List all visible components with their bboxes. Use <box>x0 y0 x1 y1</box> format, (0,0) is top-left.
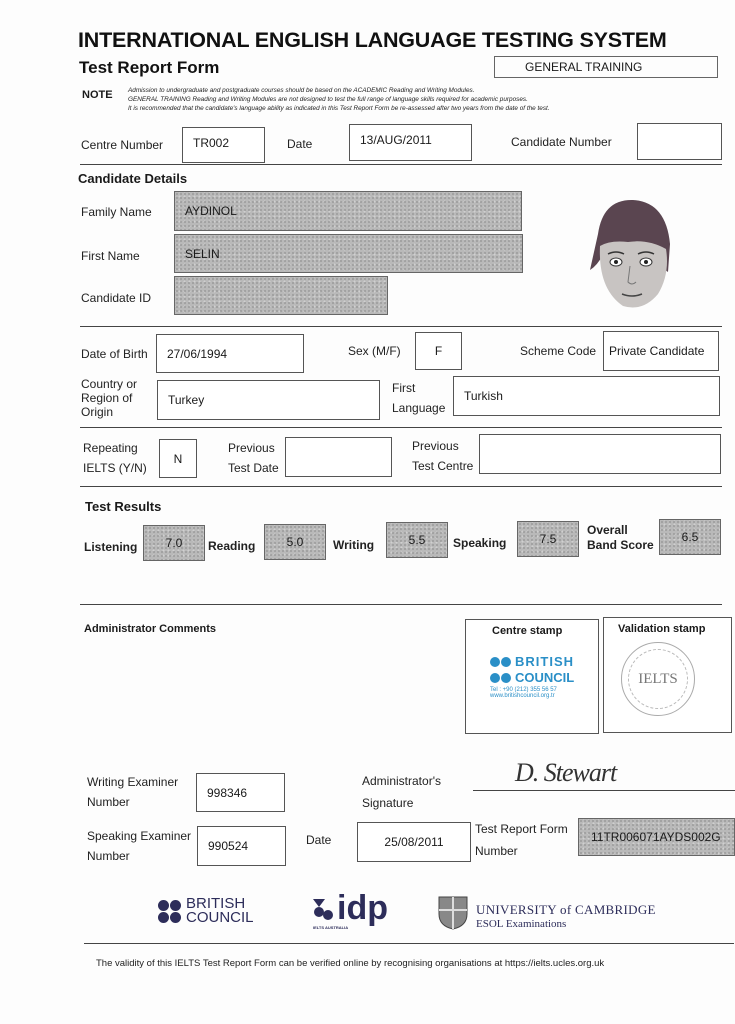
centre-number-label: Centre Number <box>81 136 163 155</box>
repeating-field: N <box>159 439 197 478</box>
divider <box>80 326 722 327</box>
first-name-value: SELIN <box>185 247 220 261</box>
validity-text: The validity of this IELTS Test Report F… <box>96 958 604 969</box>
trf-number-field: 11TR006071AYDS002G <box>578 818 735 856</box>
previous-test-centre-label-line: Previous <box>412 436 473 456</box>
overall-band-score: 6.5 <box>659 519 721 555</box>
family-name-value: AYDINOL <box>185 204 237 218</box>
country-label: Country or Region of Origin <box>81 377 137 419</box>
signature-label-line: Signature <box>362 792 441 814</box>
module-value: GENERAL TRAINING <box>525 60 642 74</box>
stamp-org-line: COUNCIL <box>515 670 574 685</box>
first-language-label: First Language <box>392 378 445 418</box>
dob-value: 27/06/1994 <box>167 347 227 361</box>
validation-stamp-label: Validation stamp <box>618 623 705 635</box>
ielts-seal-icon: IELTS <box>621 642 695 716</box>
date-field: 13/AUG/2011 <box>349 124 472 161</box>
overall-label-line: Band Score <box>587 538 654 553</box>
previous-test-centre-label: Previous Test Centre <box>412 436 473 476</box>
repeating-value: N <box>174 452 183 466</box>
candidate-number-field <box>637 123 722 160</box>
writing-label: Writing <box>333 536 374 555</box>
centre-stamp-box: Centre stamp BRITISH COUNCIL Tel : +90 (… <box>465 619 599 734</box>
dots-icon <box>490 673 511 683</box>
idp-logo-text: idp <box>337 893 388 923</box>
speaking-examiner-value: 990524 <box>208 839 248 853</box>
writing-examiner-field: 998346 <box>196 773 285 812</box>
centre-stamp-label: Centre stamp <box>492 625 562 637</box>
speaking-label: Speaking <box>453 534 506 553</box>
first-language-label-line: First <box>392 378 445 398</box>
sex-label: Sex (M/F) <box>348 342 401 361</box>
previous-test-date-field <box>285 437 392 477</box>
speaking-examiner-label: Speaking Examiner Number <box>87 826 191 866</box>
form-title: INTERNATIONAL ENGLISH LANGUAGE TESTING S… <box>78 28 667 53</box>
note-label: NOTE <box>82 89 113 101</box>
previous-test-centre-label-line: Test Centre <box>412 456 473 476</box>
admin-date-value: 25/08/2011 <box>384 835 443 849</box>
note-line: It is recommended that the candidate's l… <box>128 104 728 113</box>
stamp-web: www.britishcouncil.org.tr <box>490 693 598 699</box>
speaking-examiner-label-line: Speaking Examiner <box>87 826 191 846</box>
country-label-line: Region of <box>81 391 137 405</box>
overall-band-label: Overall Band Score <box>587 523 654 553</box>
cambridge-logo: UNIVERSITY of CAMBRIDGE ESOL Examination… <box>438 896 656 935</box>
repeating-label: Repeating IELTS (Y/N) <box>83 438 147 478</box>
idp-sub: IELTS AUSTRALIA <box>313 925 348 930</box>
stamp-org-line: BRITISH <box>515 654 574 669</box>
trf-number-label: Test Report Form Number <box>475 818 568 862</box>
british-council-logo-line: COUNCIL <box>186 911 254 925</box>
divider <box>84 943 734 944</box>
family-name-field: AYDINOL <box>174 191 522 231</box>
test-results-title: Test Results <box>85 499 161 514</box>
previous-test-date-label-line: Previous <box>228 438 279 458</box>
note-line: GENERAL TRAINING Reading and Writing Mod… <box>128 95 728 104</box>
writing-score: 5.5 <box>386 522 448 558</box>
trf-label-line: Test Report Form <box>475 818 568 840</box>
speaking-score: 7.5 <box>517 521 579 557</box>
dots-icon <box>490 657 511 667</box>
listening-score: 7.0 <box>143 525 205 561</box>
first-name-label: First Name <box>81 247 140 266</box>
british-council-dots-icon <box>158 900 181 923</box>
dob-label: Date of Birth <box>81 345 148 364</box>
first-name-field: SELIN <box>174 234 523 273</box>
first-language-field: Turkish <box>453 376 720 416</box>
admin-comments-label: Administrator Comments <box>84 623 216 635</box>
first-language-value: Turkish <box>464 389 503 403</box>
country-label-line: Country or <box>81 377 137 391</box>
country-field: Turkey <box>157 380 380 420</box>
british-council-logo: BRITISH COUNCIL <box>158 897 254 925</box>
reading-score: 5.0 <box>264 524 326 560</box>
writing-examiner-label-line: Writing Examiner <box>87 772 178 792</box>
candidate-photo <box>578 194 678 314</box>
candidate-number-label: Candidate Number <box>511 133 612 152</box>
centre-number-field: TR002 <box>182 127 265 163</box>
writing-examiner-label: Writing Examiner Number <box>87 772 178 812</box>
first-language-label-line: Language <box>392 398 445 418</box>
candidate-id-label: Candidate ID <box>81 289 151 308</box>
writing-score-value: 5.5 <box>409 533 426 547</box>
date-value: 13/AUG/2011 <box>360 133 432 147</box>
idp-logo: idp <box>311 893 388 923</box>
writing-examiner-value: 998346 <box>207 786 247 800</box>
country-value: Turkey <box>168 393 204 407</box>
note-line: Admission to undergraduate and postgradu… <box>128 86 728 95</box>
note-text: Admission to undergraduate and postgradu… <box>128 86 728 113</box>
writing-examiner-label-line: Number <box>87 792 178 812</box>
scheme-code-field: Private Candidate <box>603 331 719 371</box>
signature-label-line: Administrator's <box>362 770 441 792</box>
divider <box>80 164 722 165</box>
candidate-id-field <box>174 276 388 315</box>
overall-band-score-value: 6.5 <box>682 530 699 544</box>
overall-label-line: Overall <box>587 523 654 538</box>
reading-label: Reading <box>208 537 255 556</box>
country-label-line: Origin <box>81 405 137 419</box>
cambridge-logo-line: ESOL Examinations <box>476 918 656 930</box>
divider <box>80 604 722 605</box>
candidate-details-title: Candidate Details <box>78 171 187 186</box>
divider <box>80 486 722 487</box>
cambridge-shield-icon <box>438 896 468 935</box>
sex-value: F <box>435 344 442 358</box>
cambridge-logo-line: UNIVERSITY of CAMBRIDGE <box>476 902 656 918</box>
dob-field: 27/06/1994 <box>156 334 304 373</box>
centre-number-value: TR002 <box>193 136 229 150</box>
date-label: Date <box>287 135 312 154</box>
speaking-score-value: 7.5 <box>540 532 557 546</box>
previous-test-centre-field <box>479 434 721 474</box>
scheme-code-value: Private Candidate <box>609 344 704 358</box>
admin-date-field: 25/08/2011 <box>357 822 471 862</box>
form-subtitle: Test Report Form <box>79 58 219 78</box>
reading-score-value: 5.0 <box>287 535 304 549</box>
trf-number-value: 11TR006071AYDS002G <box>591 830 721 844</box>
admin-date-label: Date <box>306 831 331 850</box>
module-box: GENERAL TRAINING <box>494 56 718 78</box>
speaking-examiner-field: 990524 <box>197 826 286 866</box>
scheme-code-label: Scheme Code <box>520 342 596 361</box>
divider <box>80 427 722 428</box>
listening-label: Listening <box>84 538 137 557</box>
repeating-label-line: IELTS (Y/N) <box>83 458 147 478</box>
signature-line <box>473 790 735 791</box>
british-council-stamp-logo: BRITISH COUNCIL Tel : +90 (212) 355 56 5… <box>490 654 598 699</box>
previous-test-date-label: Previous Test Date <box>228 438 279 478</box>
previous-test-date-label-line: Test Date <box>228 458 279 478</box>
repeating-label-line: Repeating <box>83 438 147 458</box>
validation-stamp-box: Validation stamp IELTS <box>603 617 732 733</box>
administrator-signature: D. Stewart <box>515 758 616 788</box>
family-name-label: Family Name <box>81 203 152 222</box>
listening-score-value: 7.0 <box>166 536 183 550</box>
idp-leaf-icon <box>311 895 335 923</box>
signature-label: Administrator's Signature <box>362 770 441 814</box>
speaking-examiner-label-line: Number <box>87 846 191 866</box>
trf-label-line: Number <box>475 840 568 862</box>
sex-field: F <box>415 332 462 370</box>
